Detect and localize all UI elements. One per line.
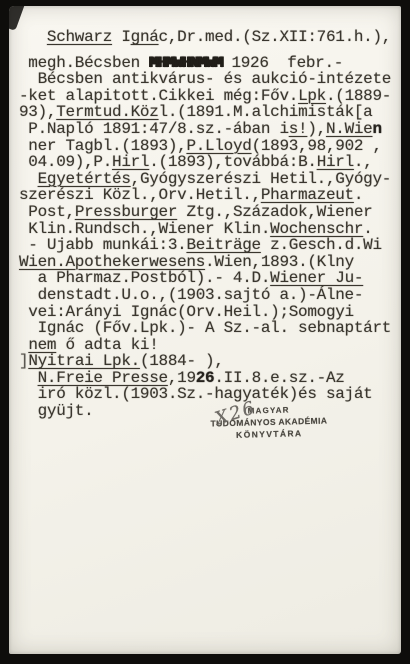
card-line: Ignác (Főv.Lpk.)- A Sz.-al. sebnaptárt xyxy=(19,320,401,337)
text-segment: nem xyxy=(28,336,56,354)
text-segment: 93), xyxy=(19,103,56,121)
text-segment: Hirl xyxy=(112,153,149,171)
text-segment: ., xyxy=(354,153,373,171)
card-line: P.Napló 1891:47/8.sz.-ában is!),N.Wien xyxy=(19,121,401,138)
text-segment xyxy=(19,28,47,46)
card-line: a Pharmaz.Postból).- 4.D.Wiener Ju- xyxy=(19,270,401,287)
text-segment: vei:Arányi Ignác(Orv.Heil.);Somogyi xyxy=(19,303,354,321)
text-segment: szerészi Közl.,Orv.Hetil., xyxy=(19,186,261,204)
text-segment: gná xyxy=(131,28,159,46)
card-line: -ket alapitott.Cikkei még:Főv.Lpk.(1889- xyxy=(19,88,401,105)
text-segment: .(1893),továbbá:B. xyxy=(149,153,316,171)
text-segment: Klin.Rundsch.,Wiener Klin. xyxy=(19,220,270,238)
text-segment: ), xyxy=(307,120,326,138)
stamp-line-3: KÖNYVTÁRA xyxy=(189,427,349,441)
card-line: iró közl.(1903.Sz.-hagyaték)és saját xyxy=(19,386,401,403)
text-segment: Wochenschr xyxy=(270,220,363,238)
card-line: Wien.Apothekerwesens.Wien,1893.(Klny xyxy=(19,254,401,271)
redacted-overstrike: MHMWHNMWM xyxy=(149,54,222,72)
card-line: 93),Termtud.Közl.(1891.M.alchimisták[a xyxy=(19,104,401,121)
text-segment: Bécsben antikvárus- és aukció-intézete xyxy=(19,70,391,88)
card-line: nem ő adta ki! xyxy=(19,337,401,354)
text-segment: s! xyxy=(289,120,308,138)
text-segment: Wiener Ju- xyxy=(270,269,363,287)
card-line: szerészi Közl.,Orv.Hetil.,Pharmazeut. xyxy=(19,187,401,204)
text-segment: gyüjt. xyxy=(19,402,93,420)
card-line: denstadt.U.o.,(1903.sajtó a.)-Álne- xyxy=(19,287,401,304)
text-segment: Post, xyxy=(19,203,75,221)
card-line: Klin.Rundsch.,Wiener Klin.Wochenschr. xyxy=(19,221,401,238)
text-segment: . xyxy=(354,186,363,204)
text-segment: - Ujabb munkái:3. xyxy=(19,236,186,254)
index-card: Schwarz Ignác,Dr.med.(Sz.XII:761.h.), me… xyxy=(9,6,401,654)
text-segment: N.Wie xyxy=(326,120,373,138)
card-line: ner Tagbl.(1893),P.Lloyd(1893,98,902 , xyxy=(19,138,401,155)
text-segment: ő adta ki! xyxy=(56,336,158,354)
text-segment: denstadt.U.o.,(1903.sajtó a.)-Álne- xyxy=(19,286,363,304)
text-segment: Nyitrai Lpk. xyxy=(28,352,140,370)
card-line: N.Freie Presse,1926.II.8.e.sz.-Az xyxy=(19,370,401,387)
text-segment: megh.Bécsben xyxy=(19,54,149,72)
text-segment: Pressburger xyxy=(75,203,177,221)
text-segment: Beiträge xyxy=(186,236,260,254)
text-segment: P.Lloyd xyxy=(186,137,251,155)
text-segment: P.Napló 1891:47/8.sz.-ában i xyxy=(19,120,289,138)
card-line: vei:Arányi Ignác(Orv.Heil.);Somogyi xyxy=(19,304,401,321)
text-segment: (1893,98,902 , xyxy=(252,137,382,155)
text-segment: 1926 febr.- xyxy=(222,54,343,72)
text-segment: (1884- ), xyxy=(140,352,224,370)
text-segment: n xyxy=(372,120,381,138)
card-line: ]Nyitrai Lpk.(1884- ), xyxy=(19,353,401,370)
card-line: Post,Pressburger Ztg.,Századok,Wiener xyxy=(19,204,401,221)
text-segment: Ztg.,Századok,Wiener xyxy=(177,203,372,221)
text-segment: z.Gesch.d.Wi xyxy=(261,236,382,254)
card-line: Egyetértés,Gyógyszerészi Hetil.,Gyógy- xyxy=(19,171,401,188)
text-segment: . xyxy=(363,220,372,238)
card-text: Schwarz Ignác,Dr.med.(Sz.XII:761.h.), me… xyxy=(19,29,401,420)
library-stamp: MAGYAR TUDOMÁNYOS AKADÉMIA KÖNYVTÁRA X26 xyxy=(189,404,350,441)
card-line: Schwarz Ignác,Dr.med.(Sz.XII:761.h.), xyxy=(19,29,401,46)
text-segment: Termtud.Köz xyxy=(56,103,158,121)
card-line: 04.09),P.Hirl.(1893),továbbá:B.Hirl., xyxy=(19,154,401,171)
text-segment: I xyxy=(112,28,131,46)
text-segment xyxy=(19,336,28,354)
text-segment: Pharmazeut xyxy=(261,186,354,204)
text-segment: ner Tagbl.(1893), xyxy=(19,137,186,155)
card-line: - Ujabb munkái:3.Beiträge z.Gesch.d.Wi xyxy=(19,237,401,254)
handwritten-bracket: ] xyxy=(19,352,28,370)
text-segment: c,Dr.med.(Sz.XII:761.h.), xyxy=(159,28,392,46)
text-segment: iró közl.(1903.Sz.-hagyaték)és saját xyxy=(19,385,372,403)
text-segment: 04.09),P. xyxy=(19,153,112,171)
text-segment: Hirl xyxy=(317,153,354,171)
card-line: Bécsben antikvárus- és aukció-intézete xyxy=(19,71,401,88)
text-segment: Schwarz xyxy=(47,28,112,46)
text-segment: l.(1891.M.alchimisták[a xyxy=(159,103,373,121)
photo-frame: Schwarz Ignác,Dr.med.(Sz.XII:761.h.), me… xyxy=(0,0,410,664)
text-segment: Ignác (Főv.Lpk.)- A Sz.-al. sebnaptárt xyxy=(19,319,391,337)
text-segment: a Pharmaz.Postból).- 4.D. xyxy=(19,269,270,287)
card-line: megh.Bécsben MHMWHNMWM 1926 febr.- xyxy=(19,55,401,72)
